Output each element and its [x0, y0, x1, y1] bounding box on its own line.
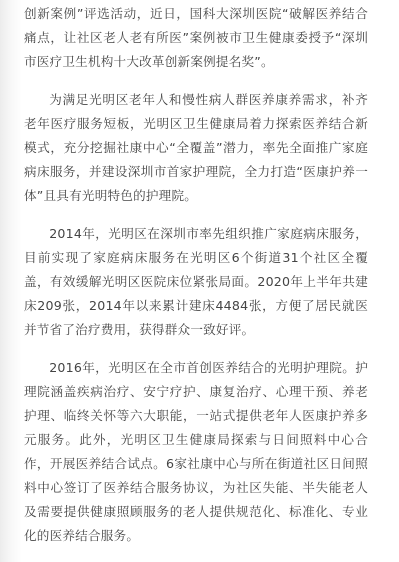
paragraph-home-sickbed-2014: 2014年，光明区在深圳市率先组织推广家庭病床服务，目前实现了家庭病床服务在光明…: [24, 222, 368, 342]
article-body: 创新案例”评选活动，近日，国科大深圳医院“破解医养结合痛点，让社区老人老有所医”…: [24, 2, 368, 480]
paragraph-intro-continuation: 创新案例”评选活动，近日，国科大深圳医院“破解医养结合痛点，让社区老人老有所医”…: [24, 2, 368, 74]
paragraph-nursing-home-2016: 2016年，光明区在全市首创医养结合的光明护理院。护理院涵盖疾病治疗、安宁疗护、…: [24, 356, 368, 480]
paragraph-elderly-care-needs: 为满足光明区老年人和慢性病人群医养康养需求，补齐老年医疗服务短板，光明区卫生健康…: [24, 88, 368, 208]
